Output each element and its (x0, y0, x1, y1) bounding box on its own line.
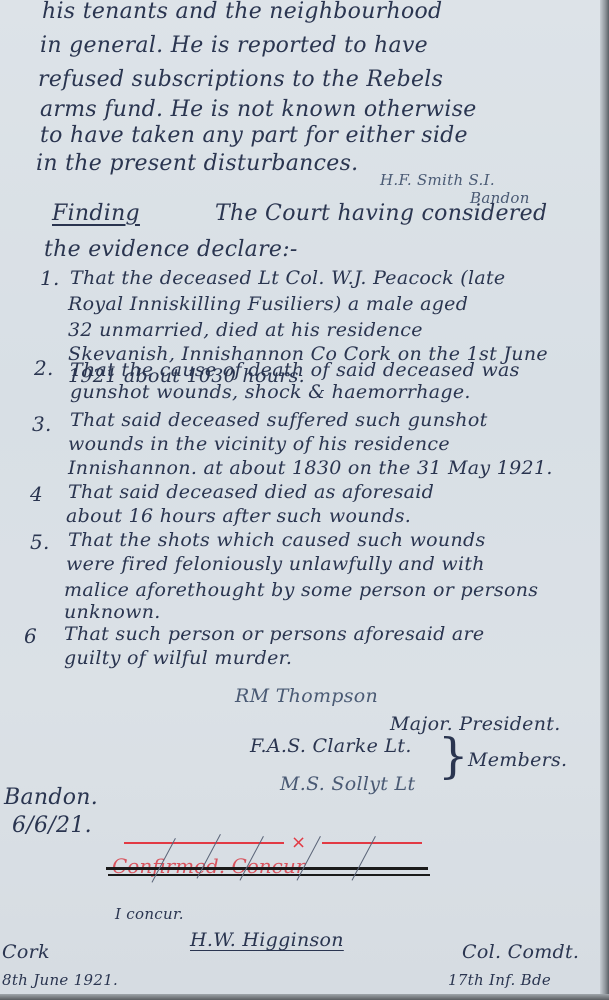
finding-number: 1. (40, 266, 60, 290)
text-line: That said deceased died as aforesaid (68, 480, 434, 504)
text-line: in the present disturbances. (36, 152, 358, 176)
date-bandon: 6/6/21. (12, 814, 92, 838)
concurrence-text: I concur. (115, 902, 184, 926)
finding-number: 5. (30, 530, 50, 554)
text-line: That the deceased Lt Col. W.J. Peacock (… (70, 266, 505, 290)
text-line: arms fund. He is not known otherwise (40, 98, 477, 122)
member-signature-2: M.S. Sollyt Lt (280, 772, 415, 796)
finding-intro: The Court having considered (215, 202, 547, 226)
black-strike-line (106, 867, 428, 870)
finding-number: 6 (24, 624, 37, 648)
text-line: 32 unmarried, died at his residence (68, 318, 423, 342)
member-signature-1: F.A.S. Clarke Lt. (250, 734, 412, 758)
place-bandon: Bandon. (4, 786, 98, 810)
text-line: malice aforethought by some person or pe… (64, 578, 538, 602)
brace-glyph: } (438, 728, 469, 784)
date-cork: 8th June 1921. (2, 968, 118, 992)
finding-heading: Finding (52, 202, 140, 226)
place-cork: Cork (2, 940, 50, 964)
members-title: Members. (468, 748, 567, 772)
text-line: refused subscriptions to the Rebels (38, 68, 443, 92)
commander-unit: 17th Inf. Bde (448, 968, 551, 992)
document-page: his tenants and the neighbourhood in gen… (0, 0, 600, 994)
text-line: to have taken any part for either side (40, 124, 468, 148)
finding-number: 4 (30, 482, 43, 506)
page-edge-right (600, 0, 609, 1000)
text-line: guilty of wilful murder. (64, 646, 292, 670)
text-line: his tenants and the neighbourhood (42, 0, 442, 24)
text-line: unknown. (64, 600, 161, 624)
finding-number: 2. (34, 356, 54, 380)
text-line: wounds in the vicinity of his residence (68, 432, 450, 456)
president-title: Major. President. (390, 712, 561, 736)
text-line: That the cause of death of said deceased… (70, 358, 520, 382)
text-line: That the shots which caused such wounds (68, 528, 486, 552)
concurrence-signature: H.W. Higginson (190, 928, 344, 952)
text-line: about 16 hours after such wounds. (66, 504, 411, 528)
finding-number: 3. (32, 412, 52, 436)
text-line: Royal Inniskilling Fusiliers) a male age… (68, 292, 468, 316)
page-edge-bottom (0, 994, 609, 1000)
text-line: That said deceased suffered such gunshot (70, 408, 488, 432)
text-line: Innishannon. at about 1830 on the 31 May… (68, 456, 553, 480)
text-line: That such person or persons aforesaid ar… (64, 622, 484, 646)
text-line: were fired feloniously unlawfully and wi… (66, 552, 485, 576)
finding-intro: the evidence declare:- (44, 238, 298, 262)
red-x-mark: × (291, 832, 306, 853)
text-line: gunshot wounds, shock & haemorrhage. (70, 380, 471, 404)
commander-title: Col. Comdt. (462, 940, 579, 964)
president-signature: RM Thompson (235, 684, 378, 708)
text-line: in general. He is reported to have (40, 34, 428, 58)
